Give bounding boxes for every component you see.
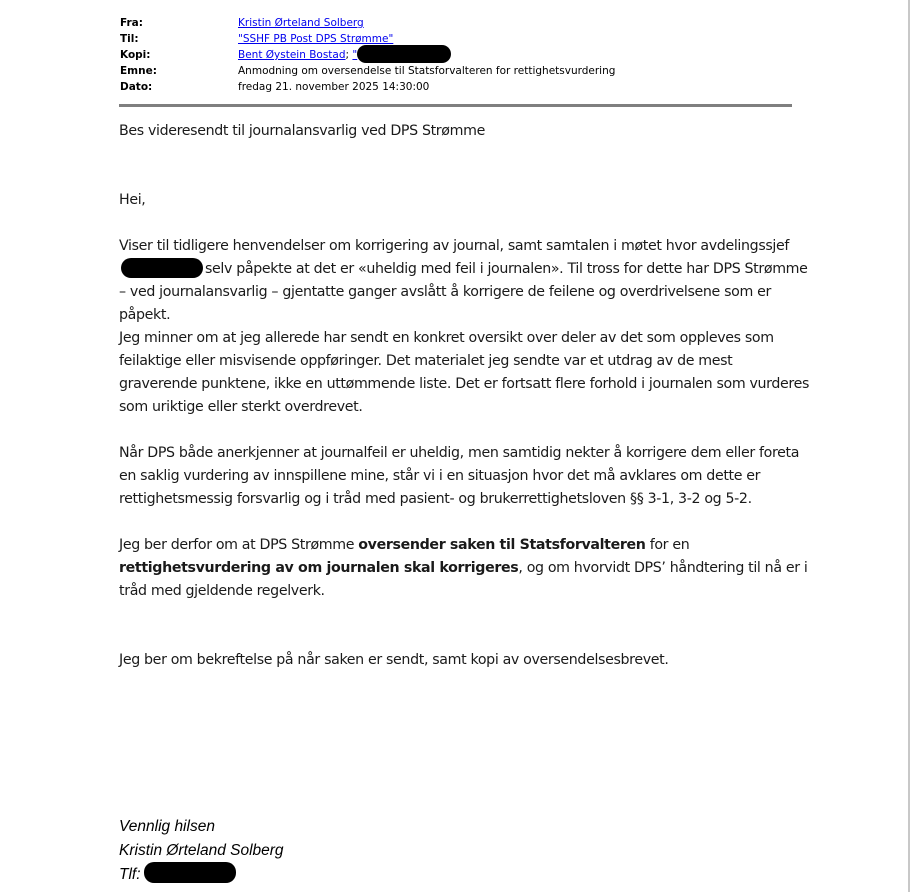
redaction-block bbox=[144, 862, 236, 883]
subject-value: Anmodning om oversendelse til Statsforva… bbox=[238, 63, 615, 79]
to-link[interactable]: "SSHF PB Post DPS Strømme" bbox=[238, 33, 393, 45]
signature-name: Kristin Ørteland Solberg bbox=[119, 839, 284, 863]
redaction-block bbox=[121, 258, 203, 278]
signature-closing: Vennlig hilsen bbox=[119, 815, 284, 839]
signature: Vennlig hilsen Kristin Ørteland Solberg … bbox=[119, 815, 284, 887]
cc-label: Kopi: bbox=[120, 47, 150, 63]
paragraph-4-bold-1: oversender saken til Statsforvalteren bbox=[358, 537, 645, 553]
signature-phone: Tlf: bbox=[119, 863, 284, 887]
phone-label: Tlf: bbox=[119, 866, 141, 883]
paragraph-4: Jeg ber derfor om at DPS Strømme oversen… bbox=[119, 534, 809, 603]
paragraph-1-part-2: selv påpekte at det er «uheldig med feil… bbox=[119, 261, 808, 323]
from-label: Fra: bbox=[120, 15, 143, 31]
paragraph-4-part-1: Jeg ber derfor om at DPS Strømme bbox=[119, 537, 358, 553]
cc-link-1[interactable]: Bent Øystein Bostad bbox=[238, 49, 346, 61]
cc-link-2[interactable]: " bbox=[352, 49, 451, 61]
paragraph-5: Jeg ber om bekreftelse på når saken er s… bbox=[119, 649, 809, 672]
greeting: Hei, bbox=[119, 189, 809, 212]
subject-label: Emne: bbox=[120, 63, 157, 79]
email-body: Bes videresendt til journalansvarlig ved… bbox=[119, 120, 809, 672]
paragraph-1: Viser til tidligere henvendelser om korr… bbox=[119, 235, 809, 327]
date-label: Dato: bbox=[120, 79, 152, 95]
to-label: Til: bbox=[120, 31, 139, 47]
paragraph-1-part-1: Viser til tidligere henvendelser om korr… bbox=[119, 238, 789, 254]
paragraph-2: Jeg minner om at jeg allerede har sendt … bbox=[119, 327, 809, 419]
from-link[interactable]: Kristin Ørteland Solberg bbox=[238, 17, 364, 29]
date-value: fredag 21. november 2025 14:30:00 bbox=[238, 79, 429, 95]
forward-note: Bes videresendt til journalansvarlig ved… bbox=[119, 120, 809, 143]
header-separator bbox=[119, 104, 792, 107]
paragraph-4-bold-2: rettighetsvurdering av om journalen skal… bbox=[119, 560, 518, 576]
paragraph-4-part-2: for en bbox=[646, 537, 690, 553]
redaction-block bbox=[357, 45, 451, 63]
paragraph-3: Når DPS både anerkjenner at journalfeil … bbox=[119, 442, 809, 511]
email-printout-page: Fra: Kristin Ørteland Solberg Til: "SSHF… bbox=[0, 0, 910, 892]
